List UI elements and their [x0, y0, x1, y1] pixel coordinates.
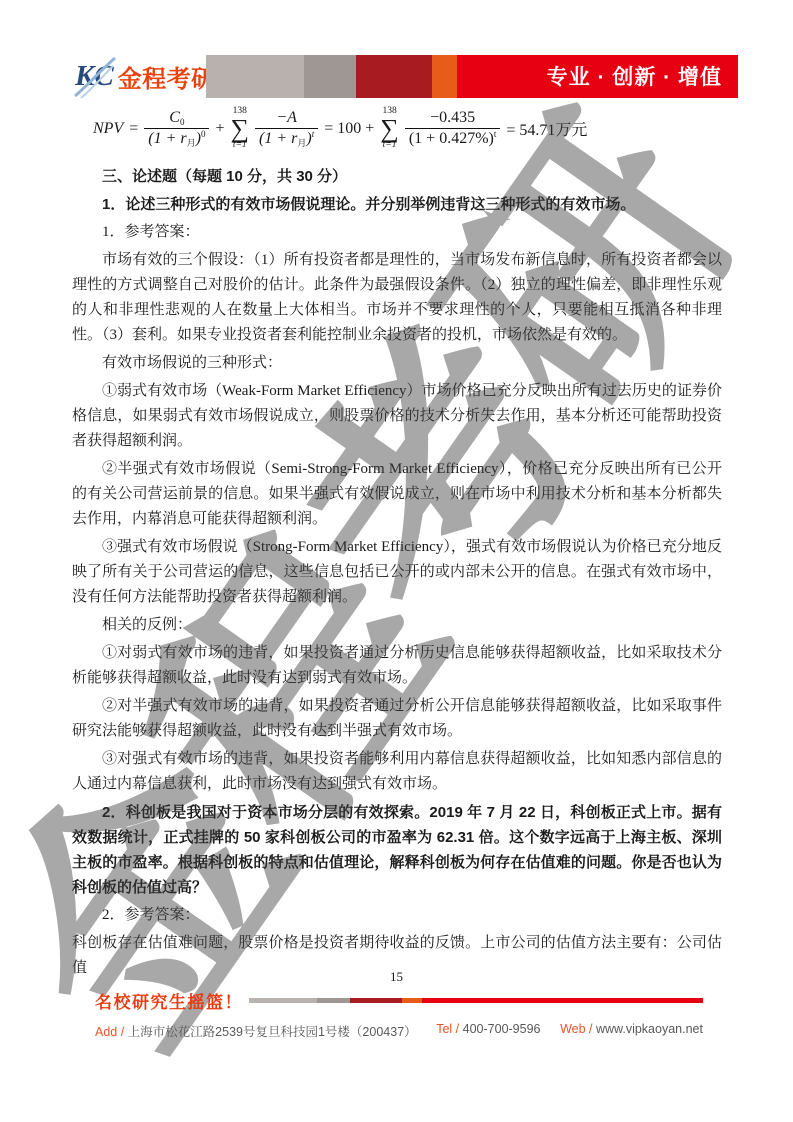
answer-1-label: 1．参考答案：: [72, 220, 722, 245]
paragraph-counterexamples-intro: 相关的反例：: [72, 613, 722, 638]
banner-segment-gray: [304, 55, 356, 98]
tel-label: Tel /: [436, 1022, 459, 1036]
paragraph-strong-form: ③强式有效市场假说（Strong-Form Market Efficiency）…: [72, 535, 722, 610]
banner-segment-red: 专业 · 创新 · 增值: [457, 55, 738, 98]
page-number: 15: [0, 969, 793, 985]
footer-slogan: 名校研究生摇篮！: [95, 988, 243, 1013]
header-banner: 专业 · 创新 · 增值: [206, 55, 738, 98]
banner-segment-lightgray: [206, 55, 304, 98]
formula-fraction-1: C0 (1 + r月)0: [144, 108, 209, 151]
formula-lhs: NPV: [93, 120, 123, 138]
footer-divider-segment-lightgray: [249, 998, 317, 1003]
brand-logo: KC 金程考研: [75, 59, 206, 94]
footer-divider-segment-orange: [402, 998, 422, 1003]
address-label: Add /: [95, 1025, 124, 1039]
paragraph-forms-intro: 有效市场假说的三种形式：: [72, 351, 722, 376]
tel-value: 400-700-9596: [463, 1022, 541, 1036]
formula-mid: = 100 +: [324, 120, 374, 138]
answer-2-label: 2．参考答案：: [72, 903, 722, 928]
address-value: 上海市松花江路2539号复旦科技园1号楼（200437）: [128, 1025, 417, 1039]
footer-divider-segment-gray: [317, 998, 350, 1003]
paragraph-counter-strong: ③对强式有效市场的违背，如果投资者能够利用内幕信息获得超额收益，比如知悉内部信息…: [72, 747, 722, 797]
footer-contact-address: Add / 上海市松花江路2539号复旦科技园1号楼（200437）: [95, 1022, 417, 1040]
document-page: KC 金程考研 专业 · 创新 · 增值 NPV = C0 (1 + r月)0 …: [0, 0, 793, 1122]
npv-formula: NPV = C0 (1 + r月)0 + 138 ∑ t=1 −A (1 + r…: [90, 107, 722, 151]
formula-fraction-2: −A (1 + r月)t: [255, 108, 318, 151]
formula-equals: =: [129, 120, 138, 138]
web-value: www.vipkaoyan.net: [596, 1022, 703, 1036]
paragraph-counter-semistrong: ②对半强式有效市场的违背，如果投资者通过分析公开信息能够获得超额收益，比如采取事…: [72, 694, 722, 744]
formula-result: = 54.71万元: [506, 117, 587, 140]
paragraph-counter-weak: ①对弱式有效市场的违背，如果投资者通过分析历史信息能够获得超额收益，比如采取技术…: [72, 641, 722, 691]
section-heading: 三、论述题（每题 10 分，共 30 分）: [72, 164, 722, 189]
paragraph-weak-form: ①弱式有效市场（Weak-Form Market Efficiency）市场价格…: [72, 379, 722, 454]
footer-divider: [249, 998, 703, 1003]
footer-contacts: Add / 上海市松花江路2539号复旦科技园1号楼（200437） Tel /…: [95, 1022, 703, 1040]
footer-divider-segment-darkred: [350, 998, 402, 1003]
logo-kc-monogram: KC: [75, 62, 118, 91]
page-header: KC 金程考研 专业 · 创新 · 增值: [75, 54, 738, 98]
question-2: 2．科创板是我国对于资本市场分层的有效探索。2019 年 7 月 22 日，科创…: [72, 800, 722, 900]
formula-plus: +: [215, 120, 224, 138]
formula-fraction-3: −0.435 (1 + 0.427%)t: [405, 108, 501, 151]
banner-segment-orange: [432, 55, 457, 98]
footer-divider-segment-red: [422, 998, 703, 1003]
document-content: NPV = C0 (1 + r月)0 + 138 ∑ t=1 −A (1 + r…: [72, 103, 722, 984]
paragraph-market-assumptions: 市场有效的三个假设：（1）所有投资者都是理性的，当市场发布新信息时，所有投资者都…: [72, 248, 722, 348]
logo-brand-text: 金程考研: [118, 59, 216, 94]
banner-segment-darkred: [356, 55, 432, 98]
formula-sum-2: 138 ∑ t=1: [380, 107, 399, 151]
logo-swoosh-icon: [71, 56, 117, 100]
footer-slogan-row: 名校研究生摇篮！: [95, 988, 703, 1013]
footer-contact-web: Web / www.vipkaoyan.net: [560, 1022, 703, 1040]
footer-contact-tel: Tel / 400-700-9596: [436, 1022, 540, 1040]
web-label: Web /: [560, 1022, 592, 1036]
banner-slogan: 专业 · 创新 · 增值: [547, 61, 722, 91]
paragraph-semistrong-form: ②半强式有效市场假说（Semi-Strong-Form Market Effic…: [72, 457, 722, 532]
page-footer: 名校研究生摇篮！ Add / 上海市松花江路2539号复旦科技园1号楼（2004…: [95, 988, 703, 1040]
formula-sum-1: 138 ∑ t=1: [230, 107, 249, 151]
question-1: 1．论述三种形式的有效市场假说理论。并分别举例违背这三种形式的有效市场。: [72, 192, 722, 217]
